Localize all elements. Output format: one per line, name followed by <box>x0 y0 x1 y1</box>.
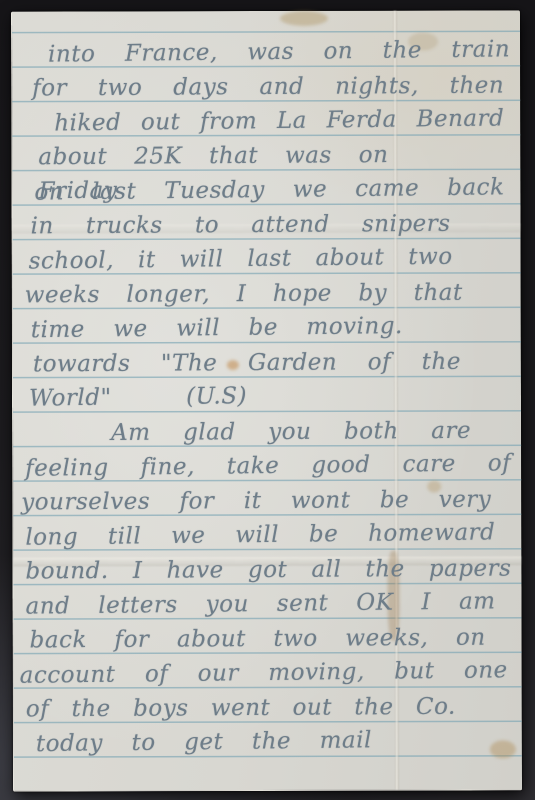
handwritten-line: about 25K that was on Friday <box>38 138 388 174</box>
handwritten-line: for two days and nights, then <box>32 69 504 106</box>
handwritten-line: World" (U.S) <box>29 379 247 415</box>
photo-background: into France, was on the train for two da… <box>0 0 535 800</box>
letter-paper: into France, was on the train for two da… <box>11 10 522 791</box>
handwritten-line: school, it will last about two <box>28 240 452 279</box>
handwritten-line: feeling fine, take good care of <box>25 446 511 486</box>
handwritten-line: hiked out from La Ferda Benard <box>54 101 504 140</box>
handwritten-line: into France, was on the train <box>48 32 510 71</box>
handwritten-line: time we will be moving. <box>31 309 403 347</box>
handwritten-line: Am glad you both are <box>111 414 471 450</box>
handwritten-line: back for about two weeks, on <box>30 621 486 658</box>
handwritten-line: of the boys went out the Co. <box>26 690 456 727</box>
handwritten-line: yourselves for it wont be very <box>21 483 491 520</box>
handwritten-line: bound. I have got all the papers <box>25 552 511 589</box>
handwritten-line: long till we will be homeward <box>25 515 495 554</box>
handwritten-line: today to get the mail <box>36 723 372 761</box>
handwritten-line: in trucks to attend snipers <box>30 207 450 244</box>
handwritten-line: account of our moving, but one <box>20 653 508 693</box>
handwritten-line: towards "The Garden of the <box>33 345 461 382</box>
paper-stain <box>490 740 516 758</box>
handwritten-line: on last Tuesday we came back <box>34 170 504 209</box>
handwritten-line: weeks longer, I hope by that <box>25 276 463 313</box>
handwritten-line: and letters you sent OK I am <box>25 584 495 623</box>
paper-stain <box>280 11 328 26</box>
